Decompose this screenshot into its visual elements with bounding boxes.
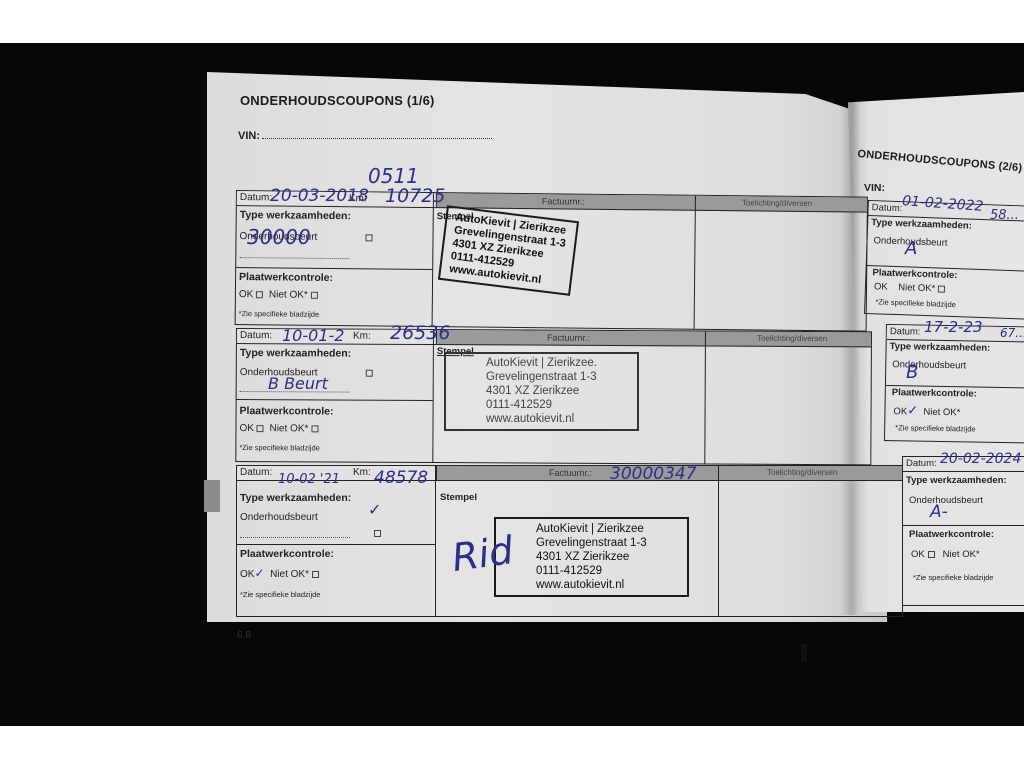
coupon-2-type-label: Type werkzaamheden:: [240, 347, 351, 360]
divider: [237, 544, 435, 545]
stamp-line: 0111-412529: [486, 398, 597, 412]
coupon-3-stamp: AutoKievit | Zierikzee Grevelingenstraat…: [494, 517, 689, 597]
stamp-line: www.autokievit.nl: [536, 578, 647, 592]
dotted-line: [239, 257, 349, 259]
page-tab-marker: [204, 480, 220, 512]
bottom-tab-marker: [801, 644, 807, 662]
niet-ok-checkbox[interactable]: [938, 285, 945, 292]
coupon-2-km-label: Km:: [353, 330, 371, 344]
divider: [903, 525, 1024, 526]
stamp-line: 4301 XZ Zierikzee: [536, 550, 647, 564]
coupon-3-km-label: Km:: [353, 466, 371, 480]
ok-checkbox[interactable]: [256, 291, 263, 298]
coupon-3-datum-label: Datum:: [240, 467, 272, 478]
coupon-2-datum-value: 10-01-2: [282, 326, 344, 345]
coupon-2-footnote: *Zie specifieke bladzijde: [239, 443, 320, 452]
right-coupon-2: Datum: Type werkzaamheden: Onderhoudsbeu…: [884, 324, 1024, 443]
stamp-line: AutoKievit | Zierikzee: [536, 522, 647, 536]
coupon-1-plaatwerk-label: Plaatwerkcontrole:: [239, 271, 333, 284]
coupon-3-footnote: *Zie specifieke bladzijde: [240, 590, 320, 599]
stamp-line: Grevelingenstraat 1-3: [536, 536, 647, 550]
right-coupon-1-km-value: 58...: [990, 208, 1019, 223]
coupon-3-type-label: Type werkzaamheden:: [240, 492, 351, 504]
divider: [704, 331, 706, 463]
divider: [432, 330, 434, 462]
divider: [236, 267, 432, 270]
coupon-1-type-label: Type werkzaamheden:: [240, 209, 351, 222]
checkbox[interactable]: [374, 530, 381, 537]
coupon-1-datum-value: 20-03-2018: [270, 186, 369, 206]
coupon-2-plaatwerk-label: Plaatwerkcontrole:: [240, 405, 334, 417]
coupon-3-datum-value: 10-02 '21: [278, 472, 340, 487]
right-coupon-3-onderhoud-note: A-: [930, 502, 948, 522]
stamp-line: 0111-412529: [536, 564, 647, 578]
coupon-3-plaatwerk-label: Plaatwerkcontrole:: [240, 548, 334, 560]
right-vin-label: VIN:: [864, 182, 885, 194]
divider: [435, 466, 436, 616]
coupon-1-footnote: *Zie specifieke bladzijde: [239, 309, 320, 319]
coupon-3-factuur-label: Factuurnr.:: [549, 466, 592, 480]
divider: [718, 466, 719, 616]
right-coupon-1-footnote: *Zie specifieke bladzijde: [875, 297, 956, 309]
right-coupon-2-datum-value: 17-2-23: [924, 318, 983, 336]
right-coupon-3: Datum: Type werkzaamheden: Onderhoudsbeu…: [902, 456, 1024, 606]
coupon-1-onderhoud-note: 30000: [247, 225, 311, 249]
right-coupon-2-onderhoud-note: B: [906, 362, 918, 383]
divider: [432, 193, 434, 326]
right-coupon-2-plaatwerk-label: Plaatwerkcontrole:: [892, 387, 977, 399]
stamp-line: 4301 XZ Zierikzee: [486, 384, 597, 398]
coupon-3-factuur-value: 30000347: [610, 464, 697, 484]
coupon-3-onderhoud-label: Onderhoudsbeurt: [240, 512, 318, 523]
right-coupon-2-footnote: *Zie specifieke bladzijde: [895, 423, 976, 433]
right-coupon-3-plaatwerk-label: Plaatwerkcontrole:: [909, 529, 994, 540]
page-number: 6.8: [237, 630, 251, 641]
coupon-1-datum-label: Datum:: [240, 192, 272, 203]
coupon-2-km-value: 26536: [390, 322, 450, 344]
checkbox[interactable]: [365, 234, 372, 241]
right-coupon-3-type-label: Type werkzaamheden:: [906, 475, 1007, 486]
coupon-3-stempel-label: Stempel: [440, 492, 477, 503]
right-coupon-2-onderhoud-label: Onderhoudsbeurt: [892, 359, 966, 371]
right-coupon-3-footnote: *Zie specifieke bladzijde: [913, 573, 993, 582]
right-coupon-1-onderhoud-note: A: [905, 238, 917, 259]
coupon-1-ok-row: OK Niet OK*: [239, 289, 318, 301]
coupon-3-km-value: 48578: [374, 468, 428, 488]
stamp-line: www.autokievit.nl: [486, 412, 597, 426]
coupon-1-toelichting-label: Toelichting/diversen: [742, 196, 812, 211]
checkbox[interactable]: [366, 370, 373, 377]
vin-dotted-line: [262, 138, 492, 139]
coupon-2-stamp: AutoKievit | Zierikzee. Grevelingenstraa…: [444, 352, 639, 431]
stamp-line: Grevelingenstraat 1-3: [486, 370, 597, 384]
divider: [694, 196, 696, 329]
niet-ok-checkbox[interactable]: [312, 571, 319, 578]
right-coupon-3-ok-row: OK Niet OK*: [911, 549, 980, 560]
divider: [237, 399, 433, 401]
dotted-line: [240, 537, 350, 538]
right-coupon-3-datum-value: 20-02-2024: [940, 451, 1021, 467]
coupon-3-ok-row: OK✓ Niet OK*: [240, 566, 319, 580]
coupon-1-km-value: 10725: [385, 185, 445, 207]
ok-checkbox[interactable]: [257, 425, 264, 432]
niet-ok-checkbox[interactable]: [311, 425, 318, 432]
niet-ok-checkbox[interactable]: [311, 292, 318, 299]
coupon-1-stamp: AutoKievit | Zierikzee Grevelingenstraat…: [438, 205, 579, 296]
right-coupon-1-plaatwerk-label: Plaatwerkcontrole:: [872, 267, 957, 281]
right-coupon-1-ok-row: OK Niet OK*: [874, 281, 946, 294]
coupon-3-toelichting-label: Toelichting/diversen: [767, 466, 837, 480]
coupon-3-signature: Rid: [449, 528, 516, 580]
right-coupon-2-ok-row: OK✓ Niet OK*: [893, 403, 960, 419]
left-page-title: ONDERHOUDSCOUPONS (1/6): [240, 93, 435, 108]
right-coupon-2-type-label: Type werkzaamheden:: [890, 341, 991, 354]
coupon-2-toelichting-label: Toelichting/diversen: [757, 332, 827, 346]
coupon-2-datum-label: Datum:: [240, 330, 272, 341]
vin-label: VIN:: [238, 130, 260, 142]
coupon-2-factuur-label: Factuurnr.:: [547, 331, 590, 345]
ok-checkbox[interactable]: [928, 551, 935, 558]
stamp-line: AutoKievit | Zierikzee.: [486, 356, 597, 370]
coupon-1-factuur-label: Factuurnr.:: [542, 194, 585, 208]
coupon-3-onderhoud-note: ✓: [368, 500, 381, 519]
coupon-2-onderhoud-note: B Beurt: [268, 374, 328, 393]
right-coupon-1-type-label: Type werkzaamheden:: [871, 217, 972, 232]
coupon-2-ok-row: OK Niet OK*: [239, 423, 318, 434]
right-coupon-2-km-value: 67...: [1000, 326, 1024, 340]
